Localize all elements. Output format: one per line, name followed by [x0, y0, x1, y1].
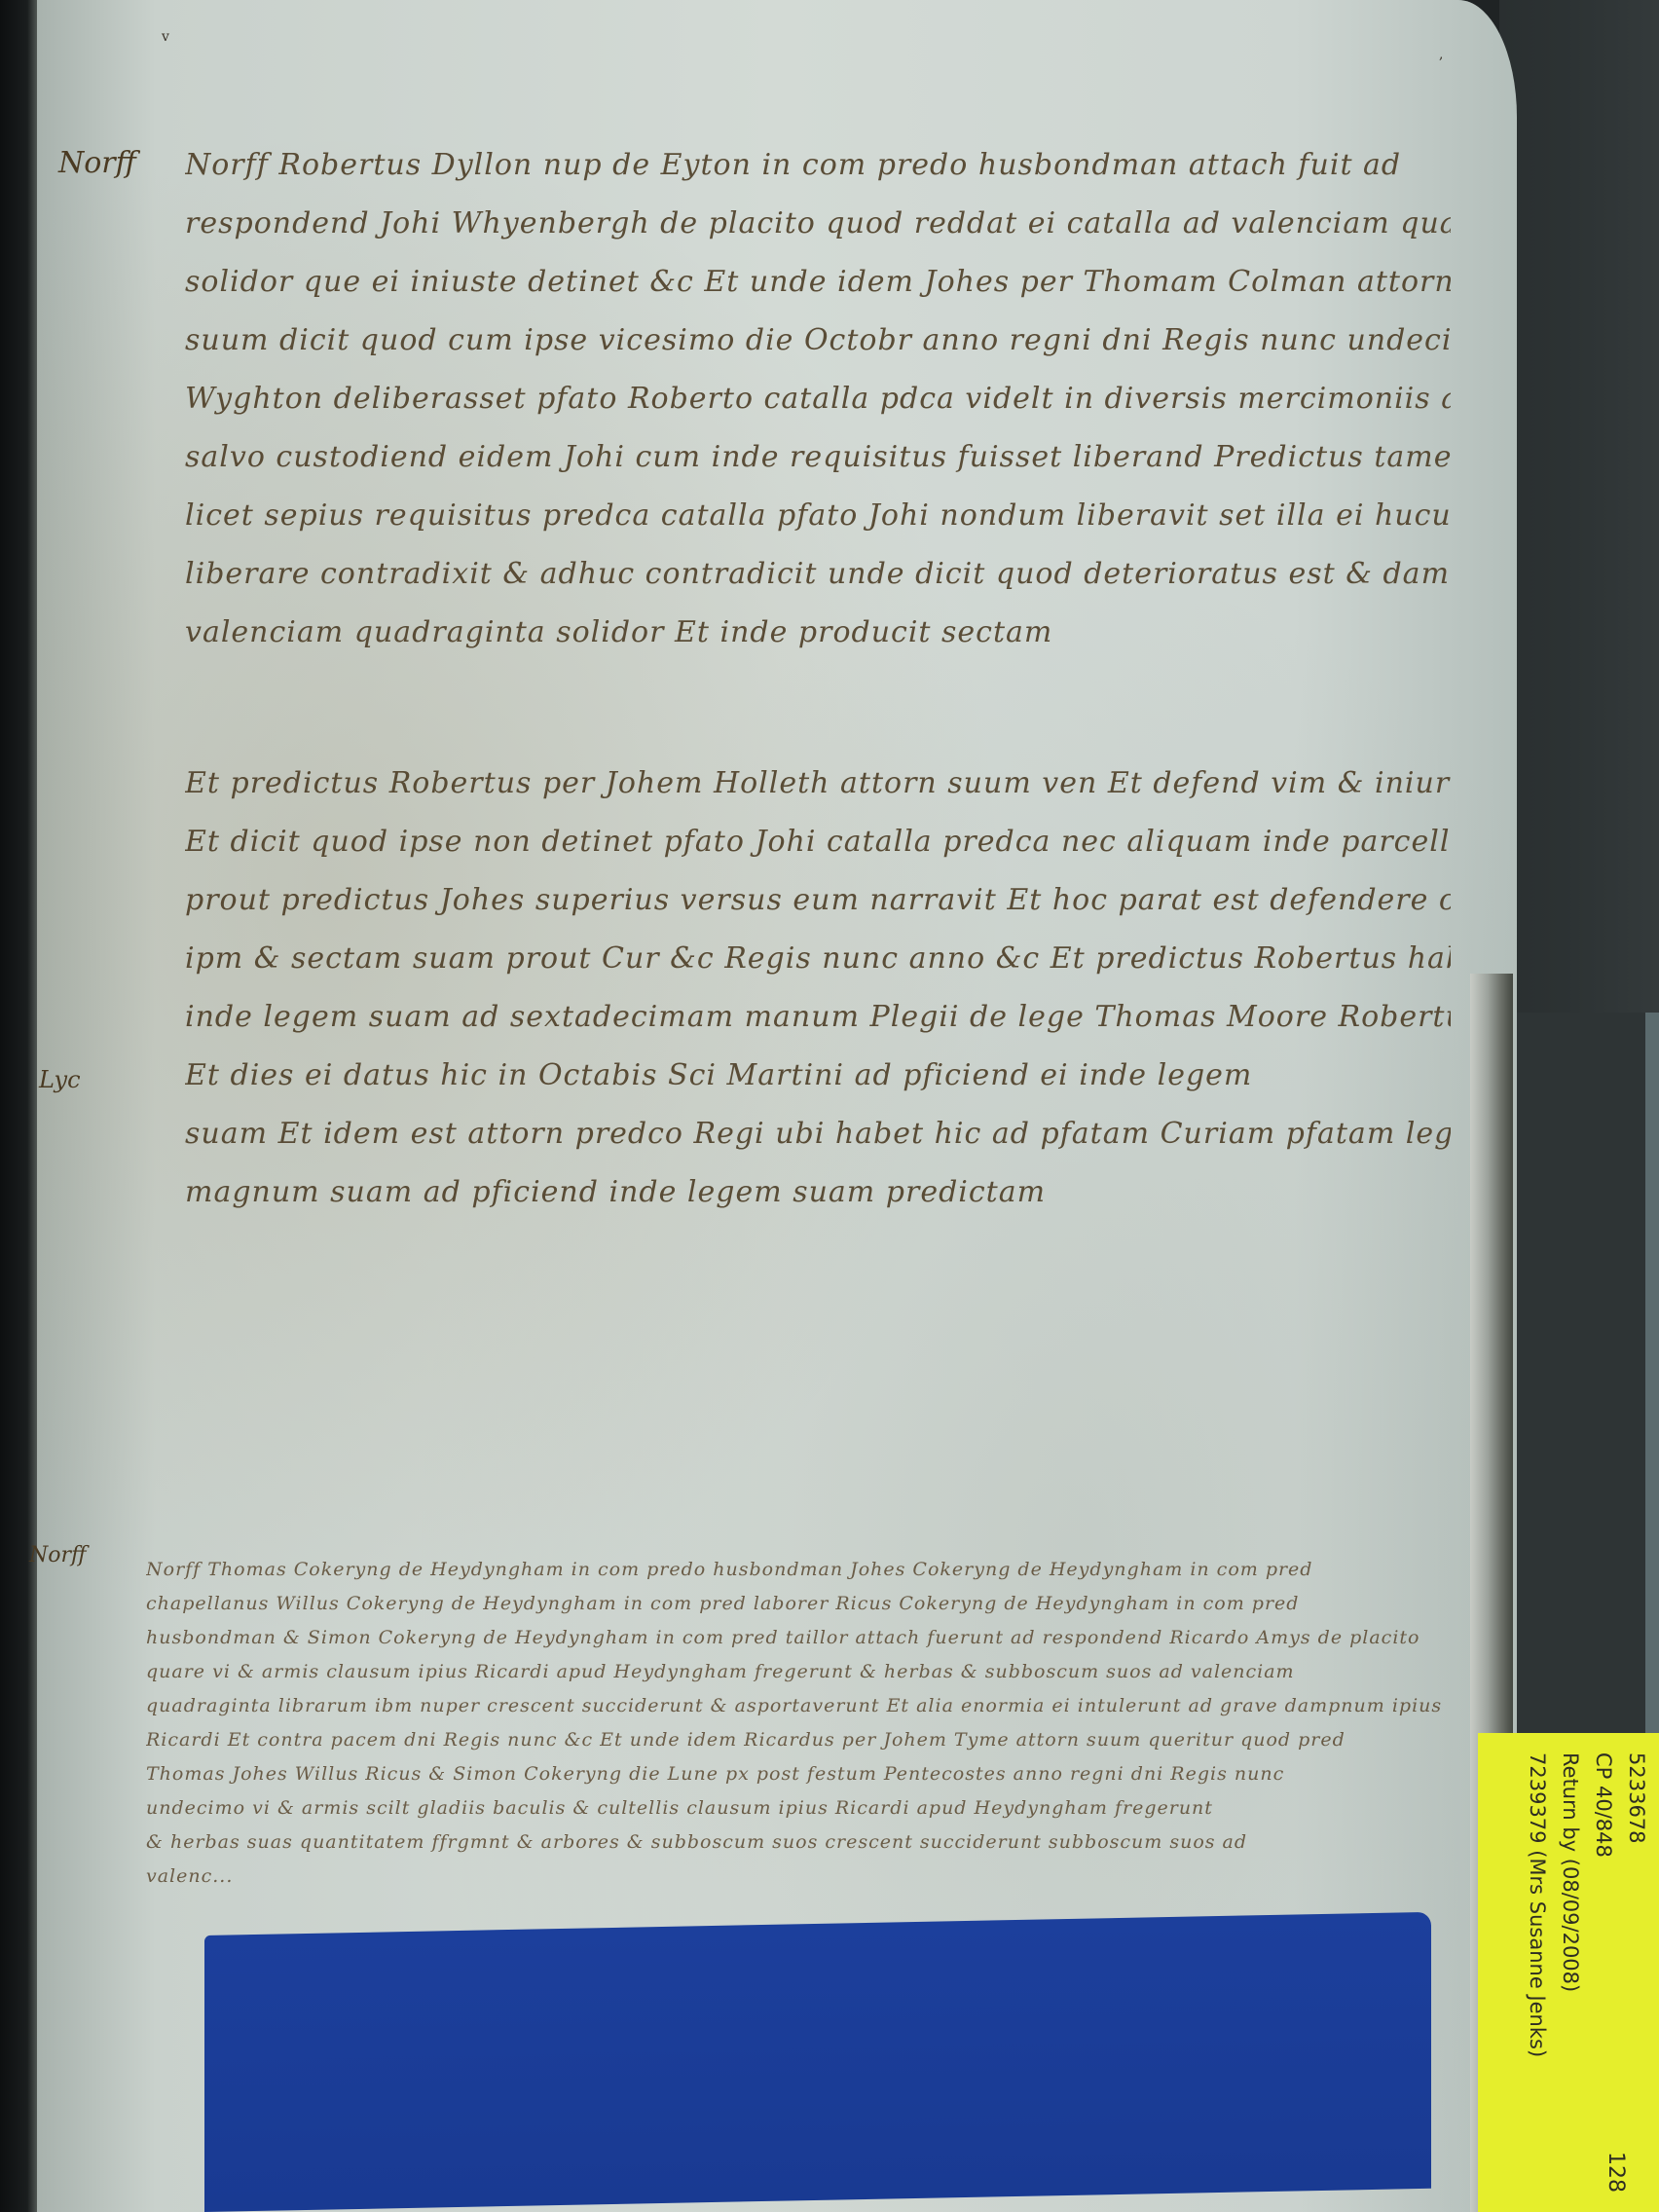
slip-reader: 7239379 (Mrs Susanne Jenks): [1521, 1752, 1554, 2181]
entry-1-defence: Et predictus Robertus per Johem Holleth …: [185, 755, 1451, 1222]
manuscript-line: respondend Johi Whyenbergh de placito qu…: [185, 195, 1451, 253]
slip-item-id: 5233678: [1620, 1752, 1653, 2181]
manuscript-line: solidor que ei iniuste detinet &c Et und…: [185, 253, 1451, 312]
manuscript-line: Norff Thomas Cokeryng de Heydyngham in c…: [146, 1553, 1441, 1587]
dark-background-lower: [1499, 1013, 1659, 1733]
manuscript-line: quadraginta librarum ibm nuper crescent …: [146, 1689, 1441, 1723]
entry-2-trespass: Norff Thomas Cokeryng de Heydyngham in c…: [146, 1553, 1441, 1894]
slip-return-date: Return by (08/09/2008): [1554, 1752, 1587, 2181]
library-slip-text: 5233678 CP 40/848 Return by (08/09/2008)…: [1521, 1752, 1653, 2181]
manuscript-line: Ricardi Et contra pacem dni Regis nunc &…: [146, 1723, 1441, 1757]
manuscript-line: salvo custodiend eidem Johi cum inde req…: [185, 428, 1451, 487]
manuscript-line: prout predictus Johes superius versus eu…: [185, 871, 1451, 930]
blue-cover-card: [204, 1912, 1431, 2212]
manuscript-line: & herbas suas quantitatem ffrgmnt & arbo…: [146, 1825, 1441, 1860]
binding-shadow: [0, 0, 39, 2212]
manuscript-line: quare vi & armis clausum ipius Ricardi a…: [146, 1655, 1441, 1689]
manuscript-line: Et predictus Robertus per Johem Holleth …: [185, 755, 1451, 813]
ink-mark: v: [162, 29, 169, 45]
manuscript-line: ipm & sectam suam prout Cur &c Regis nun…: [185, 930, 1451, 988]
manuscript-line: valenc...: [146, 1860, 1441, 1894]
entry-1-plaint: Norff Robertus Dyllon nup de Eyton in co…: [185, 136, 1451, 662]
manuscript-line: suam Et idem est attorn predco Regi ubi …: [185, 1105, 1451, 1163]
manuscript-line: suum dicit quod cum ipse vicesimo die Oc…: [185, 312, 1451, 370]
manuscript-line: inde legem suam ad sextadecimam manum Pl…: [185, 988, 1451, 1047]
manuscript-line: magnum suam ad pficiend inde legem suam …: [185, 1163, 1451, 1222]
manuscript-line: Et dicit quod ipse non detinet pfato Joh…: [185, 813, 1451, 871]
margin-note-county-2: Norff: [29, 1543, 87, 1567]
manuscript-line: husbondman & Simon Cokeryng de Heydyngha…: [146, 1621, 1441, 1655]
slip-folio-number: 128: [1604, 2152, 1628, 2193]
ink-mark: ,: [1439, 47, 1443, 62]
manuscript-line: undecimo vi & armis scilt gladiis baculi…: [146, 1791, 1441, 1825]
manuscript-line: Thomas Johes Willus Ricus & Simon Cokery…: [146, 1757, 1441, 1791]
background-strip: [1645, 1013, 1659, 1733]
margin-note-county: Norff: [58, 146, 136, 180]
manuscript-line: liberare contradixit & adhuc contradicit…: [185, 545, 1451, 604]
slip-reference: CP 40/848: [1587, 1752, 1620, 2181]
manuscript-line: valenciam quadraginta solidor Et inde pr…: [185, 604, 1451, 662]
manuscript-line: Wyghton deliberasset pfato Roberto catal…: [185, 370, 1451, 428]
manuscript-line: chapellanus Willus Cokeryng de Heydyngha…: [146, 1587, 1441, 1621]
manuscript-line: Norff Robertus Dyllon nup de Eyton in co…: [185, 136, 1451, 195]
manuscript-line: licet sepius requisitus predca catalla p…: [185, 487, 1451, 545]
margin-note-lex: Lyc: [39, 1066, 81, 1093]
manuscript-line: Et dies ei datus hic in Octabis Sci Mart…: [185, 1047, 1451, 1105]
